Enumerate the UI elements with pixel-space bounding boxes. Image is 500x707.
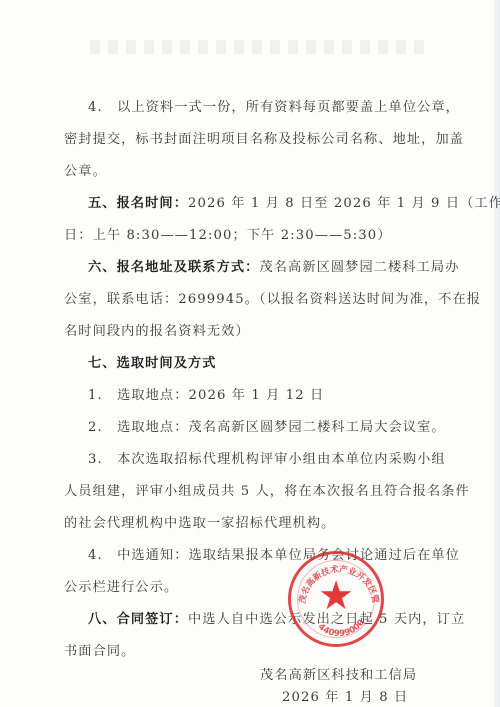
section7-item4-line1: 4. 中选通知：选取结果报本单位局务会讨论通过后在单位 xyxy=(88,548,460,564)
bleed-through-text xyxy=(90,40,430,54)
section6-line1: 六、报名地址及联系方式：茂名高新区圆梦园二楼科工局办 xyxy=(88,260,459,276)
item4-line1: 4. 以上资料一式一份，所有资料每页都要盖上单位公章， xyxy=(88,100,460,116)
item4-line3: 公章。 xyxy=(64,164,107,180)
section8-heading: 八、合同签订： xyxy=(88,612,188,627)
star-icon: ★ xyxy=(318,576,354,616)
section8-line1: 八、合同签订：中选人自中选公示发出之日起 5 天内，订立 xyxy=(88,612,465,628)
section7-item2: 2. 选取地点：茂名高新区圆梦园二楼科工局大会议室。 xyxy=(88,420,446,436)
section6-line3: 名时间段内的报名资料无效） xyxy=(64,324,250,340)
page-edge xyxy=(494,0,500,707)
section5-dates: 2026 年 1 月 8 日至 2026 年 1 月 9 日（工作 xyxy=(188,196,500,211)
official-seal: 茂名高新技术产业开发区管理委员会科技和工信局 4409990001567 ★ xyxy=(288,551,384,647)
document-page: 4. 以上资料一式一份，所有资料每页都要盖上单位公章， 密封提交，标书封面注明项… xyxy=(0,0,500,707)
section5-line1: 五、报名时间：2026 年 1 月 8 日至 2026 年 1 月 9 日（工作 xyxy=(88,196,500,212)
section7-item1: 1. 选取地点：2026 年 1 月 12 日 xyxy=(88,388,324,404)
section6-address: 茂名高新区圆梦园二楼科工局办 xyxy=(259,260,459,275)
signature-organization: 茂名高新区科技和工信局 xyxy=(260,668,417,684)
section6-heading: 六、报名地址及联系方式： xyxy=(88,260,259,275)
section7-item3-line2: 人员组建，评审小组成员共 5 人，将在本次报名且符合报名条件 xyxy=(64,484,470,500)
section8-line2: 书面合同。 xyxy=(64,644,135,660)
section7-item3-line1: 3. 本次选取招标代理机构评审小组由本单位内采购小组 xyxy=(88,452,446,468)
section6-line2: 公室，联系电话：2699945。（以报名资料送达时间为准，不在报 xyxy=(64,292,481,308)
section7-item3-line3: 的社会代理机构中选取一家招标代理机构。 xyxy=(64,516,335,532)
section5-line2: 日：上午 8:30——12:00；下午 2:30——5:30） xyxy=(64,228,392,244)
signature-date: 2026 年 1 月 8 日 xyxy=(282,690,408,706)
section5-heading: 五、报名时间： xyxy=(88,196,188,211)
section7-item4-line2: 公示栏进行公示。 xyxy=(64,580,178,596)
section7-heading: 七、选取时间及方式 xyxy=(88,356,217,372)
item4-line2: 密封提交，标书封面注明项目名称及投标公司名称、地址，加盖 xyxy=(64,132,464,148)
